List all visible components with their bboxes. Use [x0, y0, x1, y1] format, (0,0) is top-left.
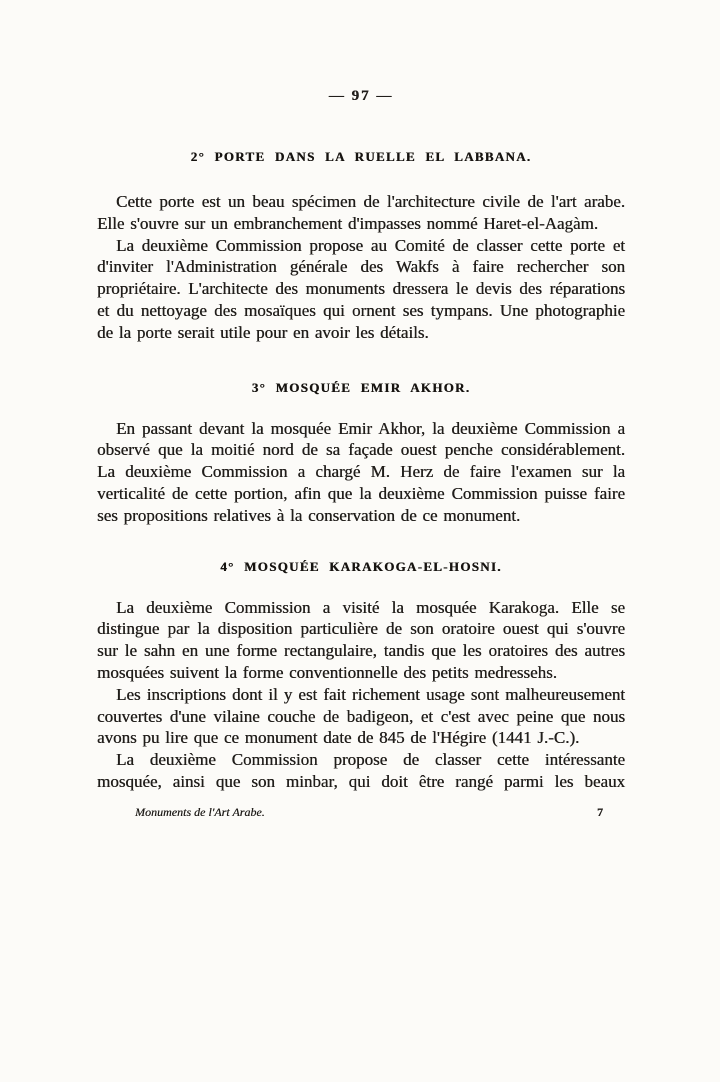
scan-speckle — [118, 626, 121, 630]
section-mosquee-karakoga: 4° MOSQUÉE KARAKOGA-EL-HOSNI. La deuxièm… — [97, 559, 625, 793]
page-number: — 97 — — [97, 88, 625, 105]
paragraph: La deuxième Commission a visité la mosqu… — [97, 597, 625, 684]
paragraph: Cette porte est un beau spécimen de l'ar… — [97, 191, 625, 235]
signature-number: 7 — [597, 805, 603, 820]
document-page: — 97 — 2° PORTE DANS LA RUELLE EL LABBAN… — [0, 0, 720, 1082]
section-heading: 3° MOSQUÉE EMIR AKHOR. — [97, 380, 625, 396]
paragraph: En passant devant la mosquée Emir Akhor,… — [97, 418, 625, 527]
page-footer: Monuments de l'Art Arabe. 7 — [97, 805, 625, 820]
paragraph: Les inscriptions dont il y est fait rich… — [97, 684, 625, 749]
paragraph: La deuxième Commission propose de classe… — [97, 749, 625, 793]
section-porte-ruelle-labbana: 2° PORTE DANS LA RUELLE EL LABBANA. Cett… — [97, 149, 625, 344]
section-mosquee-emir-akhor: 3° MOSQUÉE EMIR AKHOR. En passant devant… — [97, 380, 625, 527]
paragraph: La deuxième Commission propose au Comité… — [97, 235, 625, 344]
section-heading: 2° PORTE DANS LA RUELLE EL LABBANA. — [97, 149, 625, 165]
running-title: Monuments de l'Art Arabe. — [135, 805, 265, 820]
section-heading: 4° MOSQUÉE KARAKOGA-EL-HOSNI. — [97, 559, 625, 575]
